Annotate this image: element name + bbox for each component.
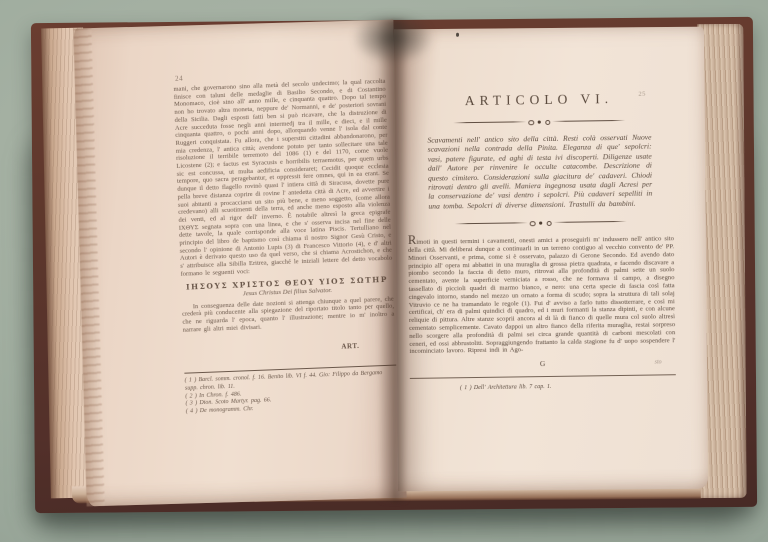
ornament-divider-top: [453, 117, 625, 126]
ornament-divider-bottom: [455, 218, 627, 227]
left-page: 24 mani, che governarono sino alla metà …: [73, 20, 406, 507]
left-page-footnotes: ( 1 ) Barcl. somm. cronol. f. 16. Benito…: [185, 370, 398, 416]
article-heading: ARTICOLO VI.: [406, 90, 672, 110]
article-body: Rimoti in questi termini i cavamenti, on…: [408, 234, 676, 356]
left-page-paragraph: mani, che governarono sino alla metà del…: [173, 78, 392, 279]
ornament-line: [455, 223, 528, 225]
right-page-content: 25 ARTICOLO VI. Scavamenti nell' antico …: [405, 58, 676, 393]
footnote-rule-right: [410, 374, 676, 379]
page-number-left: 24: [175, 75, 183, 83]
photo-backdrop: 24 mani, che governarono sino alla metà …: [0, 0, 768, 542]
ornament-line: [554, 221, 627, 223]
left-page-content: 24 mani, che governarono sino alla metà …: [173, 69, 398, 416]
ornament-line: [552, 120, 625, 122]
gutter-shadow: [378, 20, 408, 502]
page-number-right: 25: [638, 91, 646, 98]
catchword-left: ART.: [183, 341, 395, 357]
paper-speck: [456, 33, 459, 37]
footnote-right: ( 1 ) Dell' Architettura lib. 7 cap. 1.: [410, 382, 676, 393]
right-page: 25 ARTICOLO VI. Scavamenti nell' antico …: [394, 27, 708, 492]
signature-row: G sto: [410, 357, 676, 370]
catchword-right: sto: [655, 360, 662, 366]
ornament-center: [526, 118, 552, 124]
ornament-line: [453, 121, 526, 123]
article-summary: Scavamenti nell' antico sito della città…: [427, 133, 652, 211]
signature-mark: G: [540, 359, 546, 368]
ornament-center: [528, 220, 554, 226]
left-page-closing-paragraph: In conseguenza delle date nozioni si att…: [182, 295, 395, 334]
